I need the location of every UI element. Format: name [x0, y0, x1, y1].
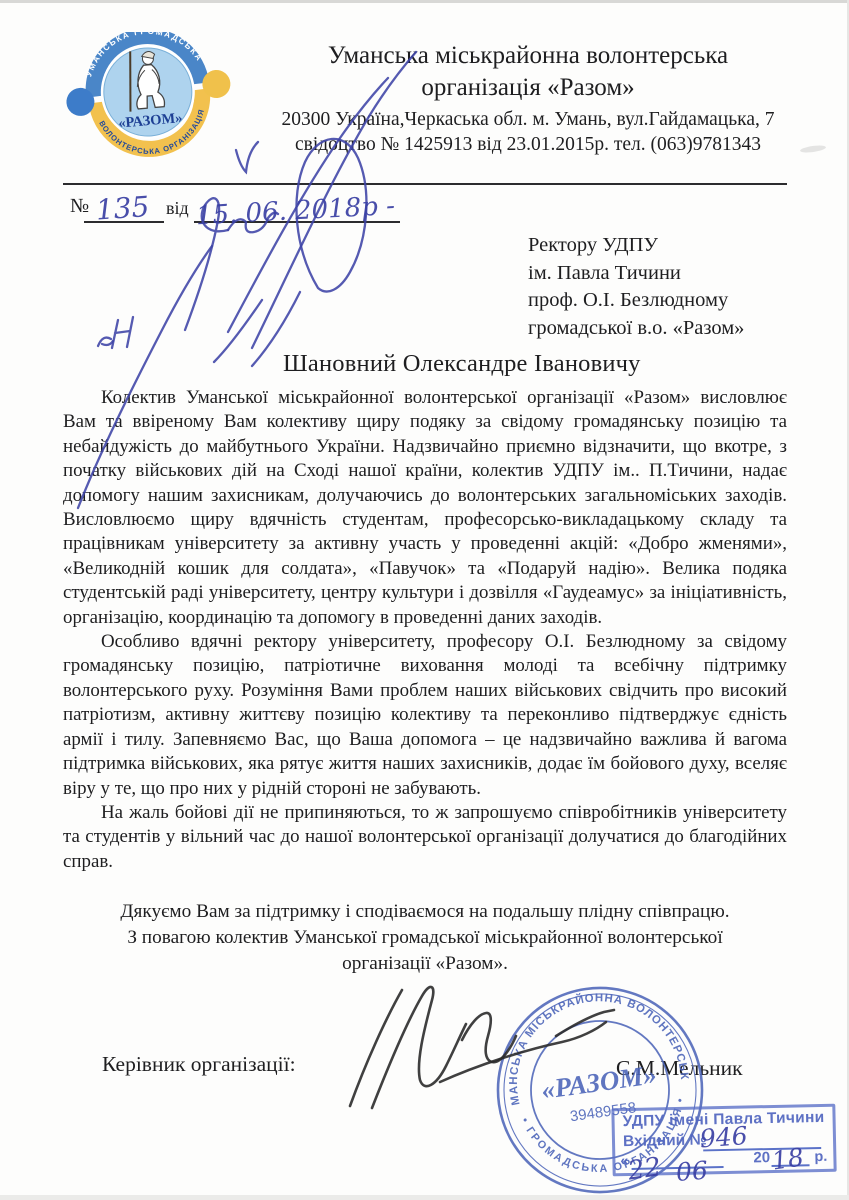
salutation: Шановний Олександре Івановичу [283, 350, 641, 378]
entry-stamp: УДПУ імені Павла Тичини Вхідний № « 20 р… [611, 1104, 836, 1177]
body-paragraph-2: Особливо вдячні ректору університету, пр… [63, 630, 787, 801]
letterhead-divider [63, 183, 787, 185]
recipient-line: Ректору УДПУ [528, 232, 744, 260]
entry-stamp-year-underline [772, 1164, 810, 1166]
recipient-line: проф. О.І. Безлюдному [528, 287, 744, 315]
body-paragraph-1: Колектив Уманської міськрайонної волонте… [63, 386, 787, 630]
closing-line: організації «Разом». [63, 951, 787, 977]
letter-body: Колектив Уманської міськрайонної волонте… [63, 386, 787, 977]
entry-stamp-daymonth-underline [632, 1166, 724, 1169]
scan-edge-top [0, 0, 849, 3]
org-logo: «РАЗОМ» УМАНСЬКА ГРОМАДСЬКА ВОЛОНТЕРСЬКА… [56, 32, 244, 164]
ref-date-underline [194, 221, 400, 223]
scan-edge-bottom [0, 1195, 849, 1200]
letterhead: Уманська міськрайонна волонтерська орган… [252, 40, 804, 157]
entry-stamp-year-prefix: 20 [753, 1149, 770, 1166]
org-certificate: свідоцтво № 1425913 від 23.01.2015р. тел… [252, 132, 804, 157]
ref-date-handwritten: 15. 06. 2018р - [195, 191, 395, 231]
scanned-letter-page: «РАЗОМ» УМАНСЬКА ГРОМАДСЬКА ВОЛОНТЕРСЬКА… [0, 0, 849, 1200]
ref-number-label: № [70, 195, 89, 218]
recipient-line: ім. Павла Тичини [528, 260, 744, 288]
round-stamp-center-name: «РАЗОМ» [539, 1059, 658, 1105]
signer-role-label: Керівник організації: [102, 1052, 296, 1077]
entry-stamp-open-quote: « [620, 1152, 628, 1168]
entry-stamp-org-line: УДПУ імені Павла Тичини [614, 1109, 832, 1132]
closing-line: З повагою колектив Уманської громадської… [63, 925, 787, 951]
ref-number-underline [84, 221, 164, 223]
entry-stamp-incoming-label: Вхідний № [623, 1131, 707, 1151]
ref-from-label: від [166, 198, 189, 219]
recipient-line: громадської в.о. «Разом» [528, 315, 744, 343]
recipient-block: Ректору УДПУ ім. Павла Тичини проф. О.І.… [528, 232, 744, 342]
closing-line: Дякуємо Вам за підтримку і сподіваємося … [63, 899, 787, 925]
org-title-line1: Уманська міськрайонна волонтерська [252, 40, 804, 72]
org-title-line2: організація «Разом» [252, 72, 804, 104]
org-address: 20300 Україна,Черкаська обл. м. Умань, в… [252, 107, 804, 132]
body-paragraph-3: На жаль бойові дії не припиняються, то ж… [63, 801, 787, 874]
closing-block: Дякуємо Вам за підтримку і сподіваємося … [63, 899, 787, 977]
entry-stamp-year-suffix: р. [814, 1149, 827, 1165]
